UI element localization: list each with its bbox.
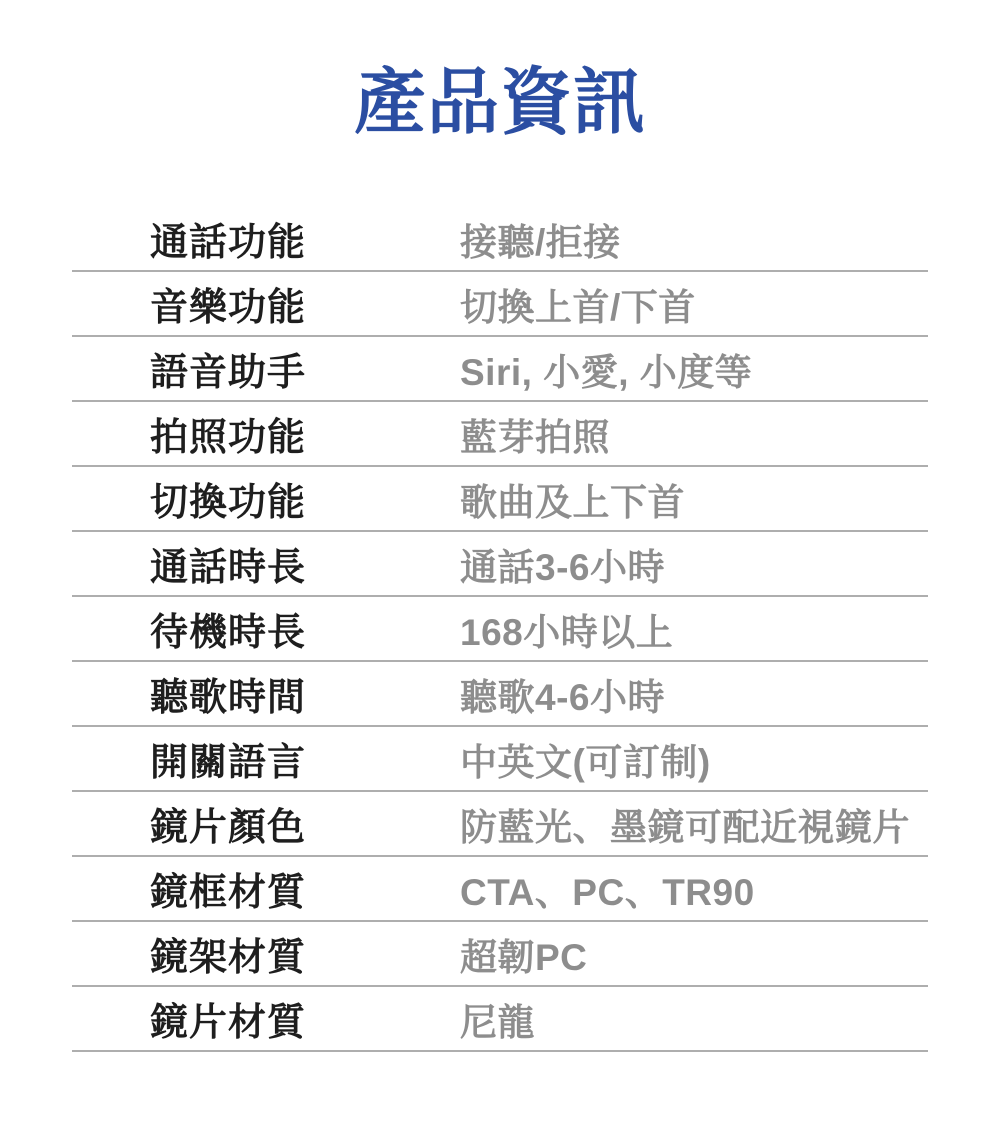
spec-label: 聽歌時間 — [72, 666, 460, 721]
spec-label: 待機時長 — [72, 601, 460, 656]
spec-label: 開關語言 — [72, 731, 460, 786]
spec-row-listening-time: 聽歌時間 聽歌4-6小時 — [72, 662, 928, 727]
spec-row-switch-function: 切換功能 歌曲及上下首 — [72, 467, 928, 532]
spec-row-lens-color: 鏡片顏色 防藍光、墨鏡可配近視鏡片 — [72, 792, 928, 857]
spec-label: 鏡片顏色 — [72, 796, 460, 851]
spec-row-temple-material: 鏡架材質 超韌PC — [72, 922, 928, 987]
spec-value: 藍芽拍照 — [460, 407, 928, 461]
spec-row-music-function: 音樂功能 切換上首/下首 — [72, 272, 928, 337]
spec-label: 通話功能 — [72, 211, 460, 266]
spec-value: CTA、PC、TR90 — [460, 862, 928, 916]
spec-value: 超韌PC — [460, 927, 928, 981]
spec-value: 切換上首/下首 — [460, 277, 928, 331]
spec-label: 鏡片材質 — [72, 991, 460, 1046]
spec-value: 尼龍 — [460, 992, 928, 1046]
spec-value: 中英文(可訂制) — [460, 732, 928, 786]
spec-row-call-function: 通話功能 接聽/拒接 — [72, 207, 928, 272]
spec-label: 音樂功能 — [72, 276, 460, 331]
spec-row-frame-material: 鏡框材質 CTA、PC、TR90 — [72, 857, 928, 922]
spec-row-standby-time: 待機時長 168小時以上 — [72, 597, 928, 662]
spec-row-photo-function: 拍照功能 藍芽拍照 — [72, 402, 928, 467]
spec-value: 防藍光、墨鏡可配近視鏡片 — [460, 797, 928, 851]
spec-value: 通話3-6小時 — [460, 537, 928, 591]
spec-label: 拍照功能 — [72, 406, 460, 461]
page-title: 產品資訊 — [0, 64, 1000, 143]
spec-row-voice-assistant: 語音助手 Siri, 小愛, 小度等 — [72, 337, 928, 402]
product-info-page: 產品資訊 通話功能 接聽/拒接 音樂功能 切換上首/下首 語音助手 Siri, … — [0, 0, 1000, 1138]
spec-row-power-language: 開關語言 中英文(可訂制) — [72, 727, 928, 792]
spec-value: 168小時以上 — [460, 602, 928, 656]
spec-value: Siri, 小愛, 小度等 — [460, 342, 928, 396]
spec-row-lens-material: 鏡片材質 尼龍 — [72, 987, 928, 1052]
spec-value: 接聽/拒接 — [460, 212, 928, 266]
spec-label: 語音助手 — [72, 341, 460, 396]
spec-row-talk-time: 通話時長 通話3-6小時 — [72, 532, 928, 597]
spec-value: 歌曲及上下首 — [460, 472, 928, 526]
spec-label: 鏡框材質 — [72, 861, 460, 916]
spec-label: 鏡架材質 — [72, 926, 460, 981]
spec-label: 切換功能 — [72, 471, 460, 526]
spec-label: 通話時長 — [72, 536, 460, 591]
spec-table: 通話功能 接聽/拒接 音樂功能 切換上首/下首 語音助手 Siri, 小愛, 小… — [72, 207, 928, 1052]
spec-value: 聽歌4-6小時 — [460, 667, 928, 721]
